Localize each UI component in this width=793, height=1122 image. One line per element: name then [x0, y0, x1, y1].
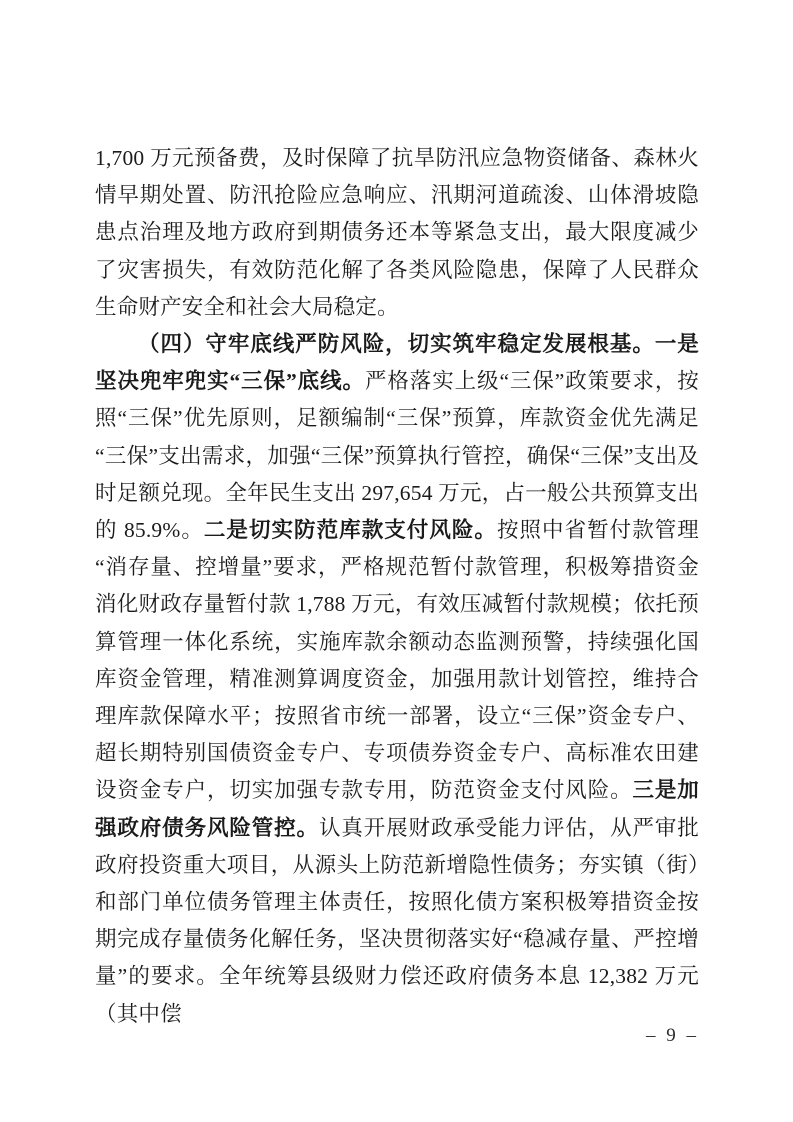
text-segment: 严格落实上级“三保”政策要求，按照“三保”优先原则，足额编制“三保”预算，库款资… [95, 369, 699, 542]
paragraph-continuation: 1,700 万元预备费，及时保障了抗旱防汛应急物资储备、森林火情早期处置、防汛抢… [95, 140, 699, 326]
document-page: 1,700 万元预备费，及时保障了抗旱防汛应急物资储备、森林火情早期处置、防汛抢… [0, 0, 793, 1122]
page-number: – 9 – [646, 1025, 699, 1046]
page-footer: – 9 – [646, 1024, 699, 1048]
bold-text-segment: 二是切实防范库款支付风险。 [204, 518, 497, 542]
text-segment: 1,700 万元预备费，及时保障了抗旱防汛应急物资储备、森林火情早期处置、防汛抢… [95, 146, 699, 319]
paragraph-section-four: （四）守牢底线严防风险，切实筑牢稳定发展根基。一是坚决兜牢兜实“三保”底线。严格… [95, 326, 699, 1033]
text-segment: 按照中省暂付款管理“消存量、控增量”要求，严格规范暂付款管理，积极筹措资金消化财… [95, 518, 699, 802]
document-body: 1,700 万元预备费，及时保障了抗旱防汛应急物资储备、森林火情早期处置、防汛抢… [95, 140, 699, 1033]
text-segment: 认真开展财政承受能力评估，从严审批政府投资重大项目，从源头上防范新增隐性债务；夯… [95, 816, 699, 1026]
